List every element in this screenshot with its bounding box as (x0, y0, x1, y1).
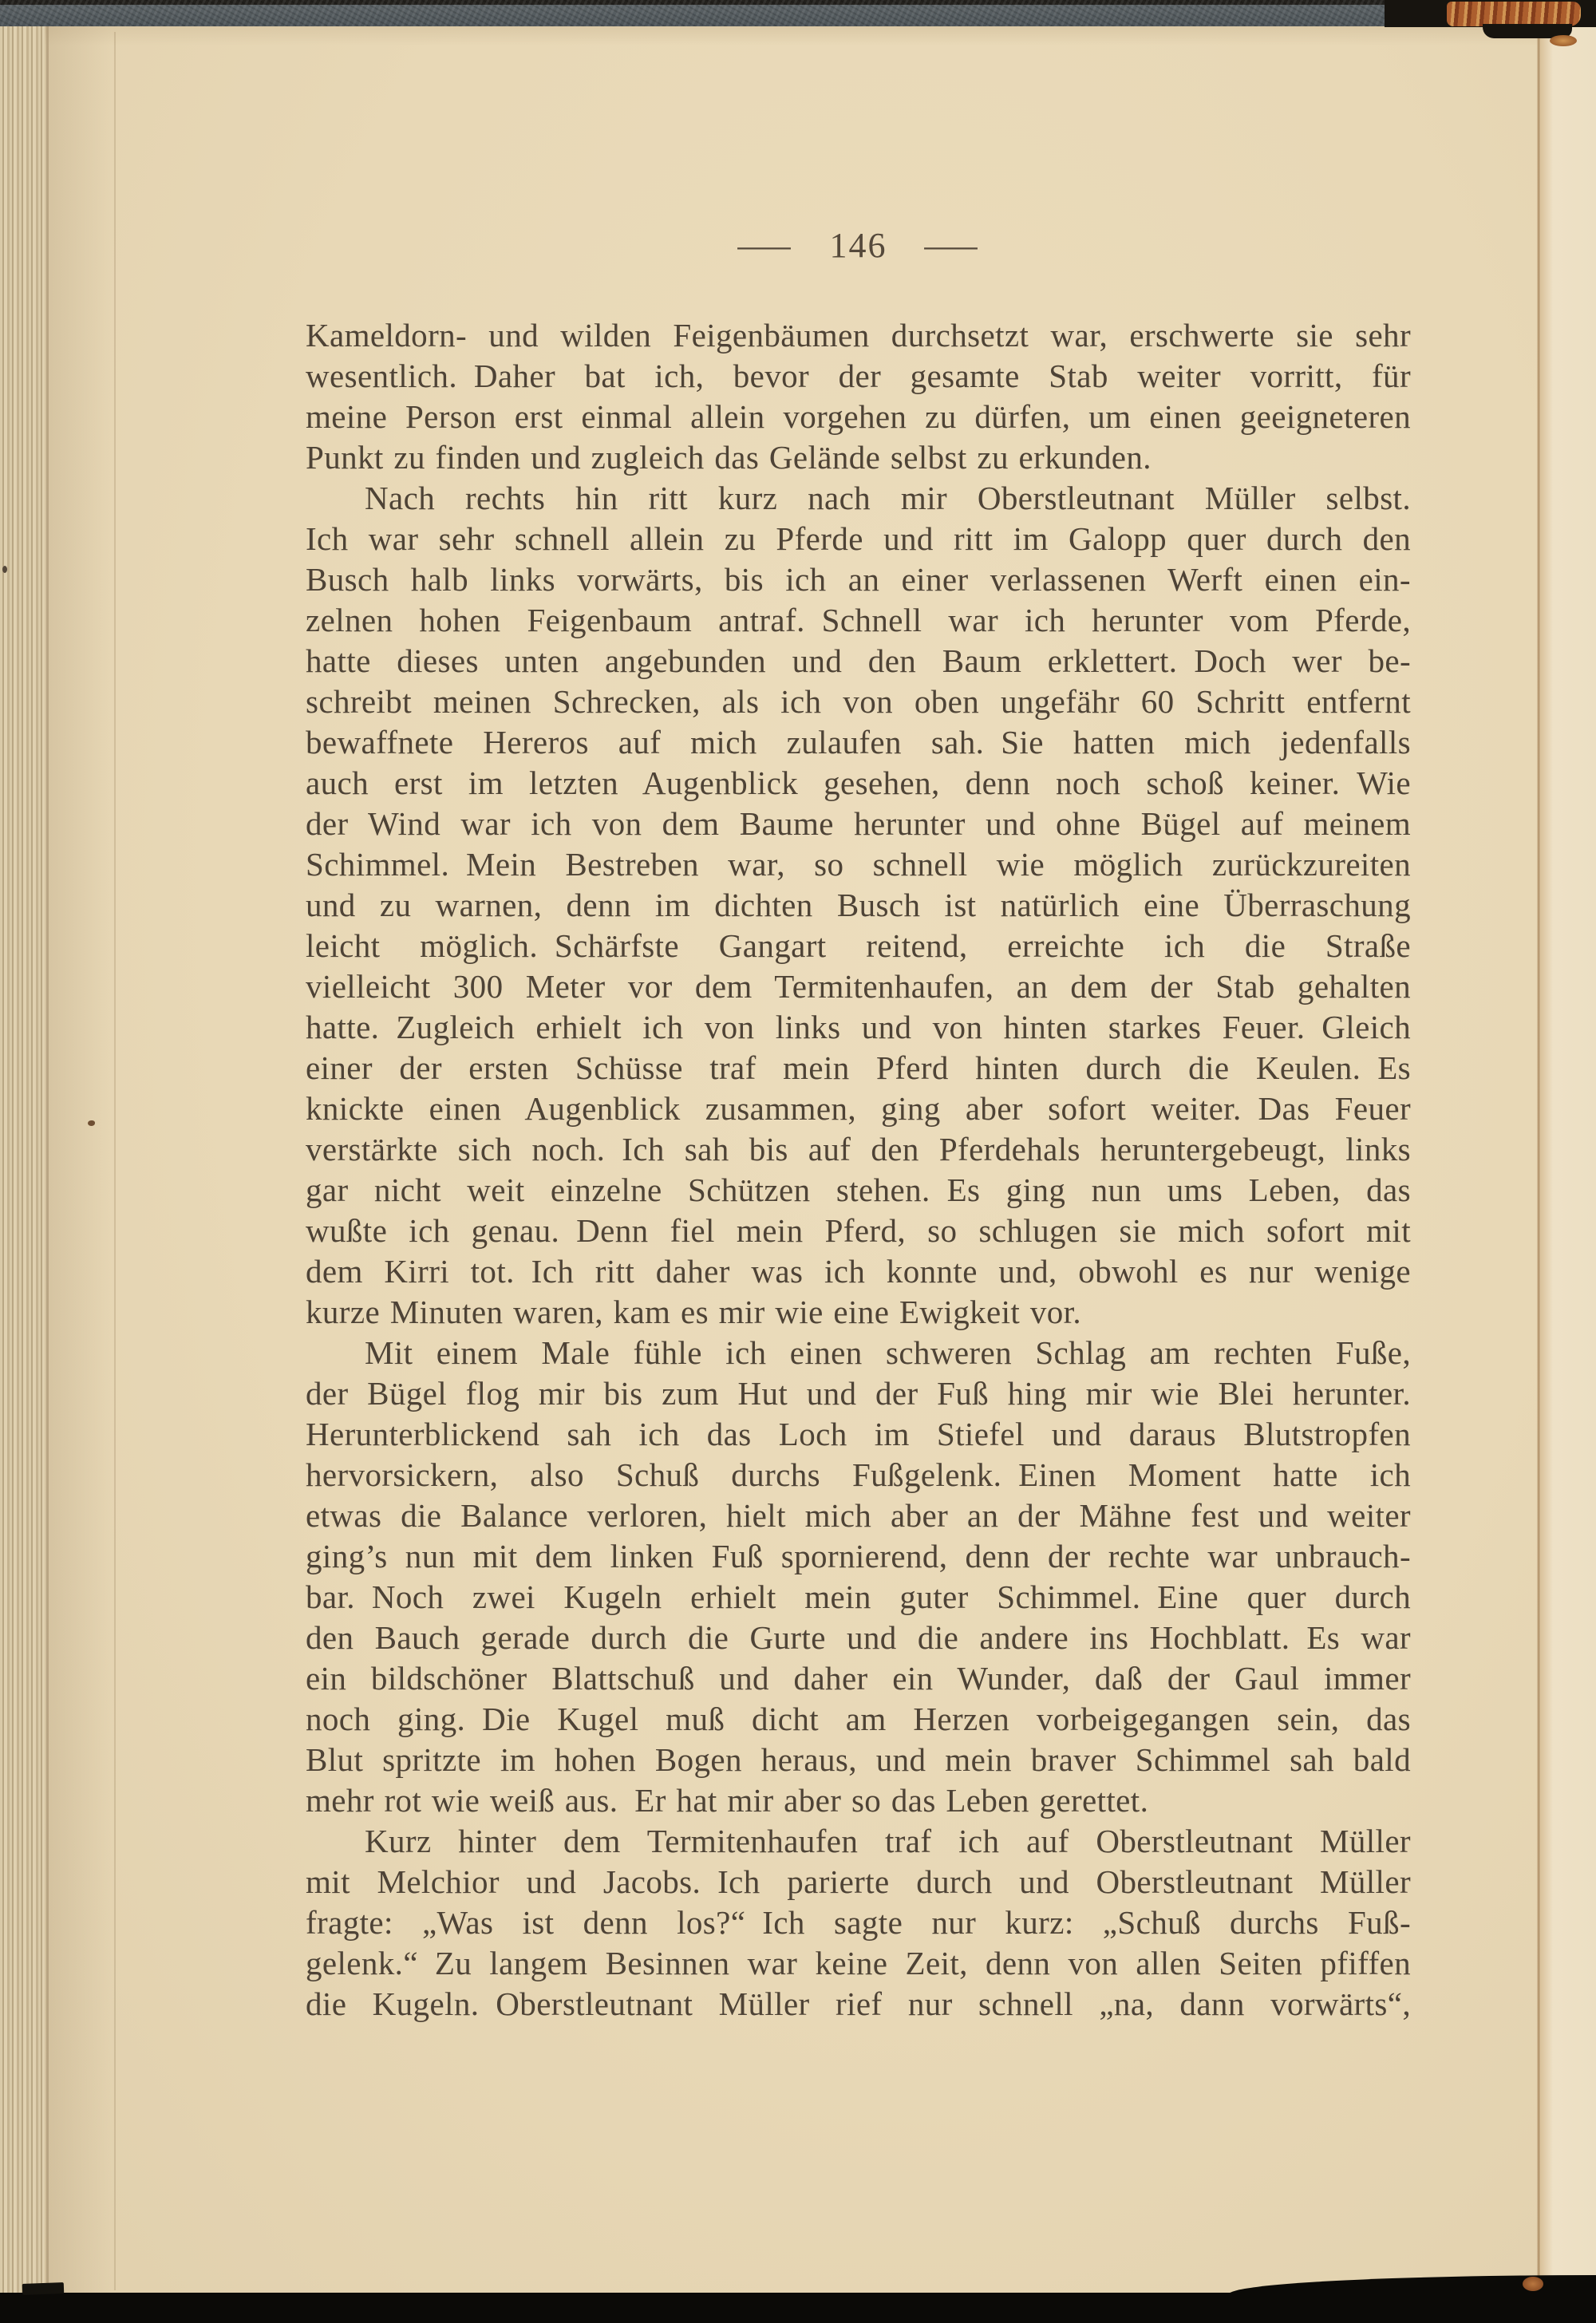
text-line: verstärkte sich noch. Ich sah bis auf de… (306, 1129, 1411, 1170)
text-line: Kurz hinter dem Termitenhaufen traf ich … (306, 1821, 1411, 1862)
text-line: knickte einen Augenblick zusammen, ging … (306, 1088, 1411, 1129)
text-line: etwas die Balance verloren, hielt mich a… (306, 1495, 1411, 1536)
text-line: Nach rechts hin ritt kurz nach mir Obers… (306, 478, 1411, 519)
text-line: hatte. Zugleich erhielt ich von links un… (306, 1007, 1411, 1048)
text-line: zelnen hohen Feigenbaum antraf. Schnell … (306, 600, 1411, 641)
text-line: hervorsickern, also Schuß durchs Fußgele… (306, 1455, 1411, 1495)
page-fold-crease (1537, 25, 1540, 2289)
text-line: bewaffnete Hereros auf mich zulaufen sah… (306, 722, 1411, 763)
page-stack-edge-line (46, 22, 49, 2293)
text-line: ein bildschöner Blattschuß und daher ein… (306, 1658, 1411, 1699)
text-line: dem Kirri tot. Ich ritt daher was ich ko… (306, 1251, 1411, 1292)
text-line: Blut spritzte im hohen Bogen heraus, und… (306, 1740, 1411, 1780)
book-scan: —146— Kameldorn- und wilden Feigenbäumen… (0, 0, 1596, 2323)
text-line: ging’s nun mit dem linken Fuß spornieren… (306, 1536, 1411, 1577)
text-line: mehr rot wie weiß aus. Er hat mir aber s… (306, 1780, 1411, 1821)
text-line: gar nicht weit einzelne Schützen stehen.… (306, 1170, 1411, 1211)
header-dash-right: — (924, 225, 979, 267)
text-line: wußte ich genau. Denn fiel mein Pferd, s… (306, 1211, 1411, 1251)
text-line: Mit einem Male fühle ich einen schweren … (306, 1333, 1411, 1373)
page-stack-edges (0, 22, 45, 2293)
text-line: Ich war sehr schnell allein zu Pferde un… (306, 519, 1411, 559)
text-line: gelenk.“ Zu langem Besinnen war keine Ze… (306, 1943, 1411, 1984)
text-line: vielleicht 300 Meter vor dem Termitenhau… (306, 966, 1411, 1007)
next-page-leaf (1540, 25, 1596, 2289)
text-line: Schimmel. Mein Bestreben war, so schnell… (306, 844, 1411, 885)
text-line: Punkt zu finden und zugleich das Gelände… (306, 437, 1411, 478)
text-line: hatte dieses unten angebunden und den Ba… (306, 641, 1411, 681)
gutter-crease (114, 32, 116, 2290)
page-header: —146— (306, 225, 1411, 267)
text-line: fragte: „Was ist denn los?“ Ich sagte nu… (306, 1902, 1411, 1943)
text-line: Herunterblickend sah ich das Loch im Sti… (306, 1414, 1411, 1455)
text-line: der Bügel flog mir bis zum Hut und der F… (306, 1373, 1411, 1414)
page-bottom-notch (22, 2282, 64, 2295)
marbled-paper-texture (1447, 2, 1581, 26)
text-line: bar. Noch zwei Kugeln erhielt mein guter… (306, 1577, 1411, 1618)
rust-stain (1523, 2277, 1543, 2291)
book-cover-edge (0, 0, 1596, 26)
text-line: wesentlich. Daher bat ich, bevor der ges… (306, 356, 1411, 397)
cover-corner (1385, 0, 1596, 27)
text-line: und zu warnen, denn im dichten Busch ist… (306, 885, 1411, 926)
frayed-threads (1550, 35, 1577, 46)
text-line: schreibt meinen Schrecken, als ich von o… (306, 681, 1411, 722)
edge-speck (2, 566, 7, 573)
page-number: 146 (830, 225, 887, 267)
text-line: kurze Minuten waren, kam es mir wie eine… (306, 1292, 1411, 1333)
text-line: meine Person erst einmal allein vorgehen… (306, 397, 1411, 437)
text-line: leicht möglich. Schärfste Gangart reiten… (306, 926, 1411, 966)
text-line: Busch halb links vorwärts, bis ich an ei… (306, 559, 1411, 600)
text-line: noch ging. Die Kugel muß dicht am Herzen… (306, 1699, 1411, 1740)
header-dash-left: — (737, 225, 792, 267)
text-line: Kameldorn- und wilden Feigenbäumen durch… (306, 315, 1411, 356)
text-line: mit Melchior und Jacobs. Ich parierte du… (306, 1862, 1411, 1902)
text-line: einer der ersten Schüsse traf mein Pferd… (306, 1048, 1411, 1088)
text-line: der Wind war ich von dem Baume herunter … (306, 804, 1411, 844)
text-line: auch erst im letzten Augenblick gesehen,… (306, 763, 1411, 804)
text-line: den Bauch gerade durch die Gurte und die… (306, 1618, 1411, 1658)
scan-bottom-background (0, 2293, 1596, 2323)
text-line: die Kugeln. Oberstleutnant Müller rief n… (306, 1984, 1411, 2025)
ink-speck (88, 1120, 95, 1126)
page-text: Kameldorn- und wilden Feigenbäumen durch… (306, 315, 1411, 2025)
